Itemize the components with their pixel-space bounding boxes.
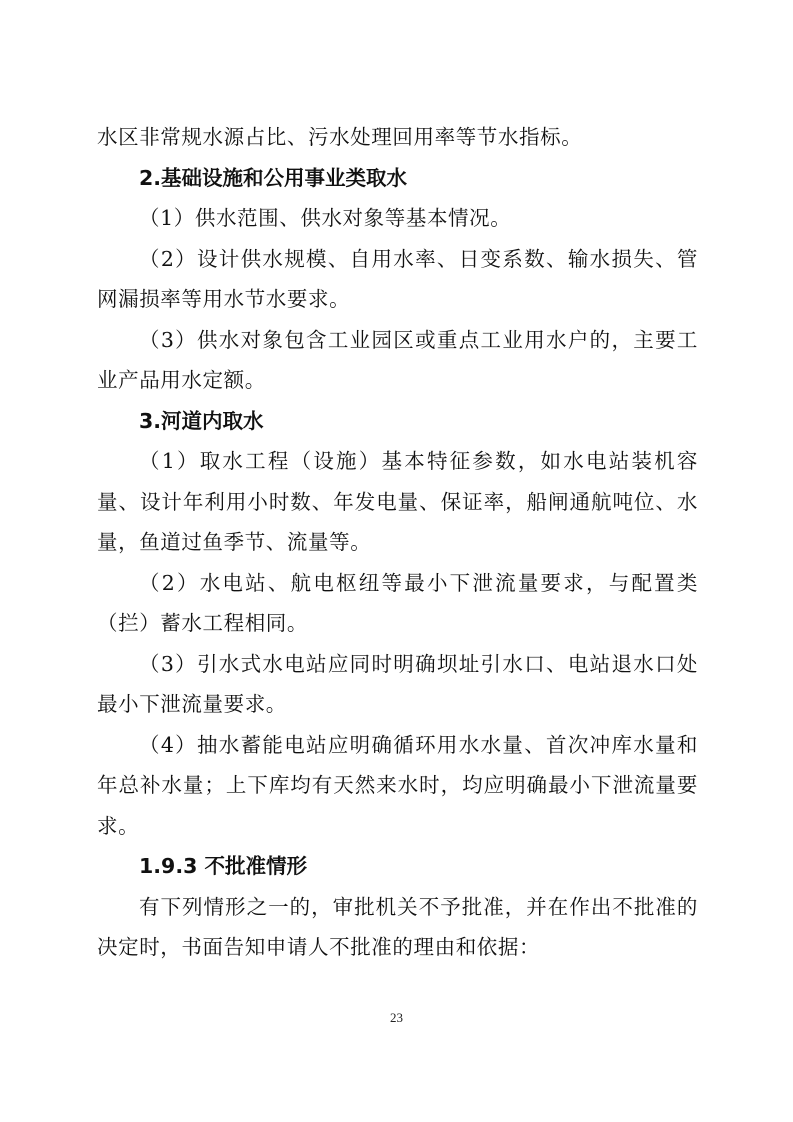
list-item-3-industrial-users: （3）供水对象包含工业园区或重点工业用水户的，主要工 bbox=[97, 323, 698, 364]
list-item-1-parameters: （1）取水工程（设施）基本特征参数，如水电站装机容 bbox=[97, 444, 698, 485]
document-page: 水区非常规水源占比、污水处理回用率等节水指标。 2.基础设施和公用事业类取水 （… bbox=[0, 0, 793, 1122]
section-heading-instream: 3.河道内取水 bbox=[97, 404, 698, 445]
paragraph-rejection-continuation: 决定时，书面告知申请人不批准的理由和依据： bbox=[97, 930, 698, 971]
list-item-2-design-scale: （2）设计供水规模、自用水率、日变系数、输水损失、管 bbox=[97, 242, 698, 283]
section-heading-infrastructure: 2.基础设施和公用事业类取水 bbox=[97, 161, 698, 202]
list-item-1-continuation-a: 量、设计年利用小时数、年发电量、保证率，船闸通航吨位、水 bbox=[97, 485, 698, 526]
list-item-2-continuation: 网漏损率等用水节水要求。 bbox=[97, 282, 698, 323]
list-item-4-continuation-b: 求。 bbox=[97, 809, 698, 850]
list-item-4-continuation-a: 年总补水量；上下库均有天然来水时，均应明确最小下泄流量要 bbox=[97, 768, 698, 809]
list-item-3-diversion-station: （3）引水式水电站应同时明确坝址引水口、电站退水口处 bbox=[97, 647, 698, 688]
list-item-2-continuation: （拦）蓄水工程相同。 bbox=[97, 606, 698, 647]
page-number: 23 bbox=[0, 1010, 793, 1026]
paragraph-rejection-intro: 有下列情形之一的，审批机关不予批准，并在作出不批准的 bbox=[97, 890, 698, 931]
list-item-3-continuation: 业产品用水定额。 bbox=[97, 363, 698, 404]
list-item-1-supply-scope: （1）供水范围、供水对象等基本情况。 bbox=[97, 201, 698, 242]
list-item-1-continuation-b: 量，鱼道过鱼季节、流量等。 bbox=[97, 525, 698, 566]
paragraph-line-continuation: 水区非常规水源占比、污水处理回用率等节水指标。 bbox=[97, 120, 698, 161]
list-item-4-pumped-storage: （4）抽水蓄能电站应明确循环用水水量、首次冲库水量和 bbox=[97, 728, 698, 769]
list-item-3-continuation: 最小下泄流量要求。 bbox=[97, 687, 698, 728]
section-heading-rejection: 1.9.3 不批准情形 bbox=[97, 849, 698, 890]
page-body: 水区非常规水源占比、污水处理回用率等节水指标。 2.基础设施和公用事业类取水 （… bbox=[97, 120, 698, 971]
list-item-2-min-discharge: （2）水电站、航电枢纽等最小下泄流量要求，与配置类 bbox=[97, 566, 698, 607]
